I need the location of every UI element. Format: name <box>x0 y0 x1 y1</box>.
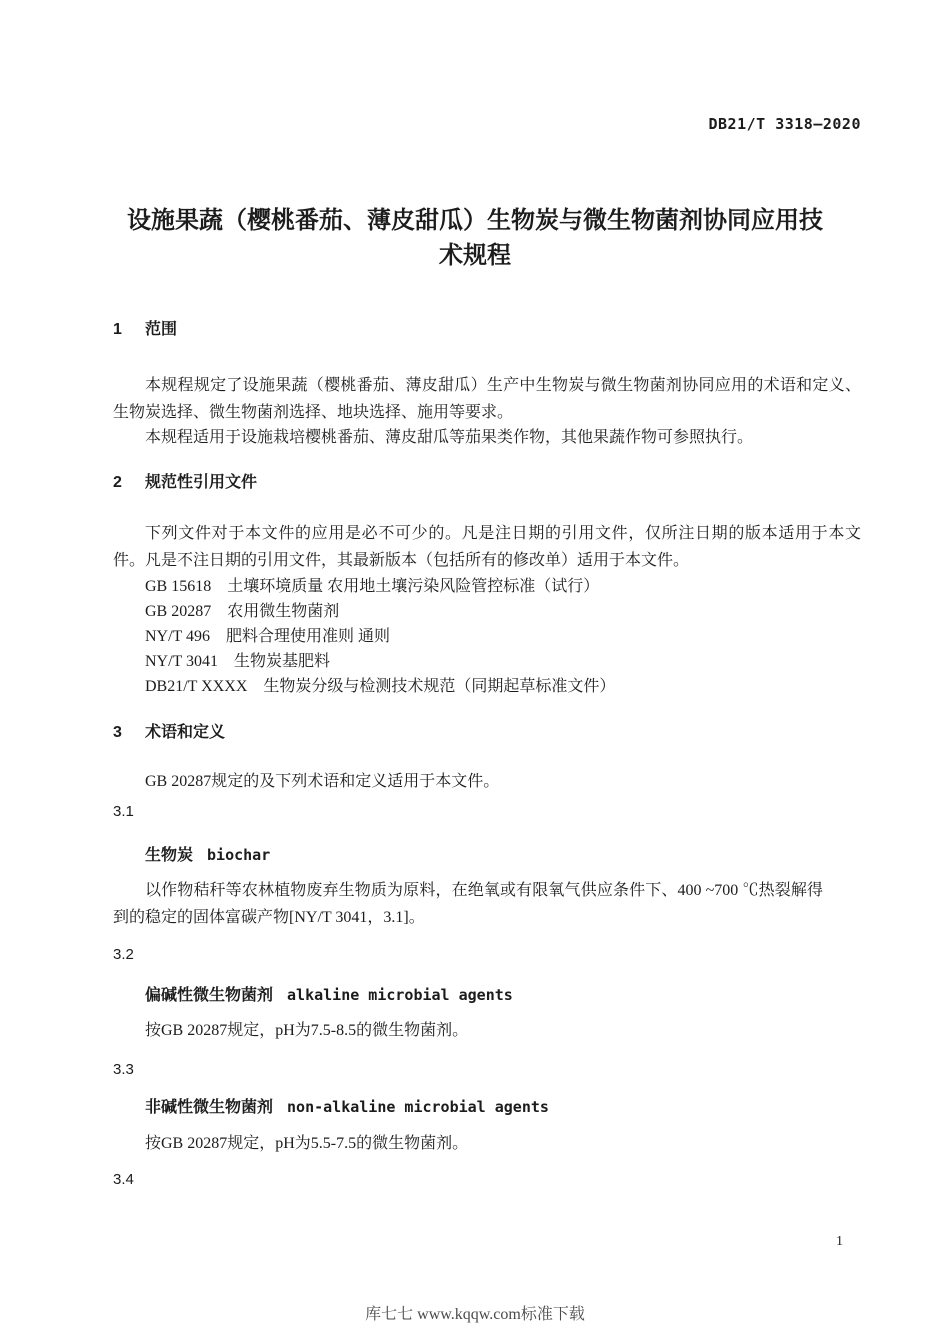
term-3-1-name-zh: 生物炭 <box>145 847 193 864</box>
document-page: DB21/T 3318—2020 设施果蔬（樱桃番茄、薄皮甜瓜）生物炭与微生物菌… <box>0 0 950 1344</box>
term-3-1-name: 生物炭biochar <box>145 846 270 865</box>
section-1-heading: 1范围 <box>113 321 177 339</box>
section-2-title: 规范性引用文件 <box>145 474 257 491</box>
terms-intro: GB 20287规定的及下列术语和定义适用于本文件。 <box>113 768 861 795</box>
term-3-2-definition: 按GB 20287规定，pH为7.5-8.5的微生物菌剂。 <box>113 1017 861 1044</box>
reference-code: NY/T 496 <box>145 628 210 645</box>
page-number: 1 <box>836 1234 843 1250</box>
scope-paragraph-1: 本规程规定了设施果蔬（樱桃番茄、薄皮甜瓜）生产中生物炭与微生物菌剂协同应用的术语… <box>113 372 861 426</box>
term-3-3-definition: 按GB 20287规定，pH为5.5-7.5的微生物菌剂。 <box>113 1130 861 1157</box>
section-2-heading: 2规范性引用文件 <box>113 474 257 492</box>
term-3-4-number: 3.4 <box>113 1172 134 1188</box>
term-3-1-number: 3.1 <box>113 804 134 820</box>
reference-item: DB21/T XXXX生物炭分级与检测技术规范（同期起草标准文件） <box>113 674 861 699</box>
reference-code: NY/T 3041 <box>145 653 218 670</box>
term-3-3-name-en: non-alkaline microbial agents <box>287 1098 549 1116</box>
reference-item: GB 20287农用微生物菌剂 <box>113 599 861 624</box>
reference-title: 生物炭分级与检测技术规范（同期起草标准文件） <box>263 678 615 695</box>
reference-title: 肥料合理使用准则 通则 <box>226 628 390 645</box>
standard-number: DB21/T 3318—2020 <box>709 116 862 132</box>
reference-title: 农用微生物菌剂 <box>227 603 339 620</box>
scope-paragraph-2: 本规程适用于设施栽培樱桃番茄、薄皮甜瓜等茄果类作物，其他果蔬作物可参照执行。 <box>113 424 861 451</box>
normative-intro: 下列文件对于本文件的应用是必不可少的。凡是注日期的引用文件，仅所注日期的版本适用… <box>113 520 861 574</box>
section-3-number: 3 <box>113 724 145 742</box>
reference-title: 生物炭基肥料 <box>234 653 330 670</box>
document-title: 设施果蔬（樱桃番茄、薄皮甜瓜）生物炭与微生物菌剂协同应用技术规程 <box>120 203 830 273</box>
reference-item: NY/T 3041生物炭基肥料 <box>113 649 861 674</box>
term-3-2-number: 3.2 <box>113 947 134 963</box>
section-3-heading: 3术语和定义 <box>113 724 225 742</box>
reference-code: DB21/T XXXX <box>145 678 247 695</box>
watermark-footer: 库七七 www.kqqw.com标准下载 <box>0 1304 950 1326</box>
reference-code: GB 15618 <box>145 578 211 595</box>
section-1-title: 范围 <box>145 321 177 338</box>
section-3-title: 术语和定义 <box>145 724 225 741</box>
term-3-3-number: 3.3 <box>113 1062 134 1078</box>
section-1-number: 1 <box>113 321 145 339</box>
term-3-2-name-en: alkaline microbial agents <box>287 986 513 1004</box>
term-3-2-name-zh: 偏碱性微生物菌剂 <box>145 987 273 1004</box>
term-3-1-definition: 以作物秸秆等农林植物废弃生物质为原料，在绝氧或有限氧气供应条件下、400 ~70… <box>113 877 823 931</box>
term-3-1-name-en: biochar <box>207 846 270 864</box>
term-3-3-name-zh: 非碱性微生物菌剂 <box>145 1099 273 1116</box>
reference-item: NY/T 496肥料合理使用准则 通则 <box>113 624 861 649</box>
reference-code: GB 20287 <box>145 603 211 620</box>
normative-reference-list: GB 15618土壤环境质量 农用地土壤污染风险管控标准（试行） GB 2028… <box>113 574 861 699</box>
section-2-number: 2 <box>113 474 145 492</box>
term-3-2-name: 偏碱性微生物菌剂alkaline microbial agents <box>145 986 513 1005</box>
reference-item: GB 15618土壤环境质量 农用地土壤污染风险管控标准（试行） <box>113 574 861 599</box>
reference-title: 土壤环境质量 农用地土壤污染风险管控标准（试行） <box>227 578 599 595</box>
term-3-3-name: 非碱性微生物菌剂non-alkaline microbial agents <box>145 1098 549 1117</box>
